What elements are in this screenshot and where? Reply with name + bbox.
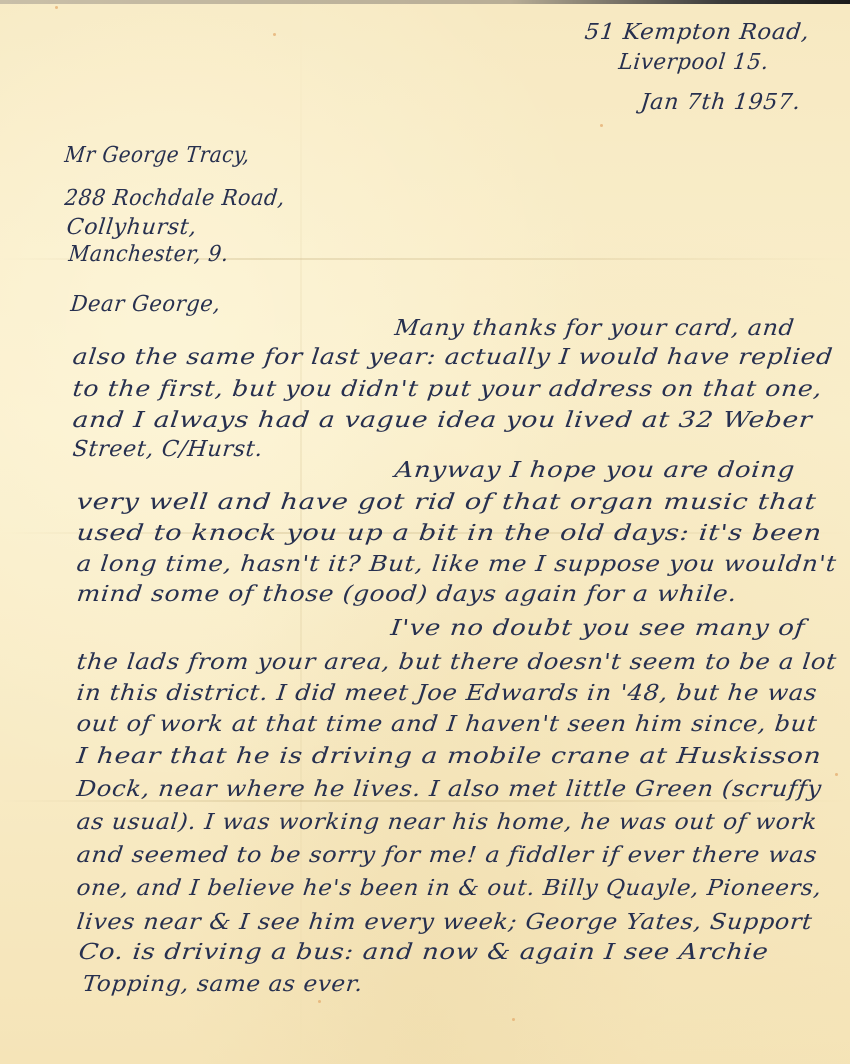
body-line: Anyway I hope you are doing — [393, 458, 796, 483]
body-line: in this district. I did meet Joe Edwards… — [75, 681, 818, 706]
body-line: a long time, hasn't it? But, like me I s… — [75, 552, 837, 577]
letter-date: Jan 7th 1957. — [639, 90, 802, 115]
body-line: also the same for last year: actually I … — [71, 345, 834, 370]
scan-top-edge — [0, 0, 850, 4]
body-line: used to knock you up a bit in the old da… — [75, 521, 823, 546]
paper-speck — [55, 6, 58, 9]
recipient-district: Collyhurst, — [65, 215, 198, 240]
salutation: Dear George, — [69, 292, 222, 317]
body-line: and seemed to be sorry for me! a fiddler… — [75, 843, 818, 868]
body-line: Many thanks for your card, and — [393, 316, 795, 341]
body-line: out of work at that time and I haven't s… — [75, 712, 818, 737]
paper-speck — [600, 124, 603, 127]
paper-speck — [273, 33, 276, 36]
body-line: mind some of those (good) days again for… — [75, 582, 738, 607]
body-line: lives near & I see him every week; Georg… — [75, 910, 813, 935]
sender-street: 51 Kempton Road, — [583, 20, 810, 45]
paper-speck — [318, 1000, 321, 1003]
body-line: I've no doubt you see many of — [389, 616, 806, 641]
body-line: as usual). I was working near his home, … — [75, 810, 818, 835]
recipient-name: Mr George Tracy, — [63, 143, 251, 168]
body-line: and I always had a vague idea you lived … — [71, 408, 813, 433]
body-line: Dock, near where he lives. I also met li… — [75, 777, 823, 802]
paper-speck — [835, 773, 838, 776]
recipient-street: 288 Rochdale Road, — [63, 186, 286, 211]
body-line: Co. is driving a bus: and now & again I … — [77, 940, 769, 965]
paper-speck — [512, 1018, 515, 1021]
recipient-city: Manchester, 9. — [67, 242, 230, 267]
sender-city: Liverpool 15. — [617, 50, 770, 75]
body-line: Street, C/Hurst. — [71, 437, 264, 462]
body-line: Topping, same as ever. — [81, 972, 364, 997]
body-line: one, and I believe he's been in & out. B… — [75, 876, 822, 901]
body-line: very well and have got rid of that organ… — [75, 490, 817, 515]
body-line: I hear that he is driving a mobile crane… — [75, 744, 822, 769]
body-line: the lads from your area, but there doesn… — [75, 650, 838, 675]
body-line: to the first, but you didn't put your ad… — [71, 377, 823, 402]
